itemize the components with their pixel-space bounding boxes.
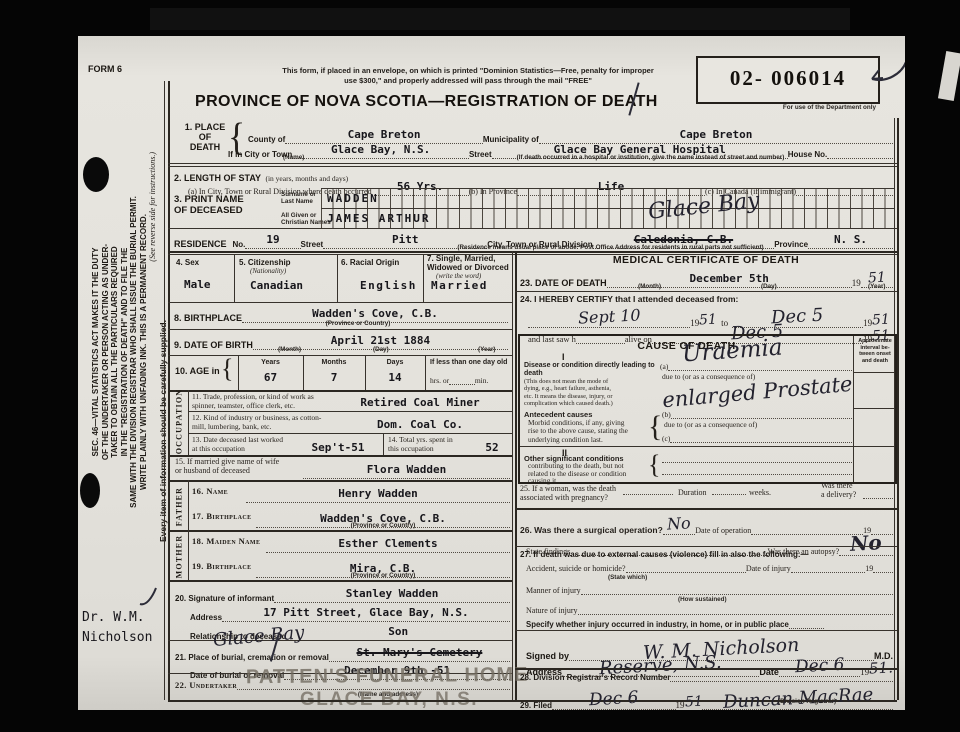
other-line1: [662, 462, 852, 463]
birthplace-value: Wadden's Cove, C.B.: [312, 307, 438, 320]
nature-label: Nature of injury: [526, 606, 578, 615]
dod-year-note: (Year): [868, 283, 886, 290]
accident-row: Accident, suicide or homicide? Date of i…: [526, 564, 893, 573]
occupation-industry-value: Dom. Coal Co.: [377, 418, 463, 431]
surname-sublabel: Surname or Last Name: [281, 191, 316, 205]
citizenship-note: (Nationality): [250, 267, 286, 275]
dob-day-note: (Day): [373, 346, 389, 353]
total-years-label: 14. Total yrs. spent in this occupation: [388, 436, 453, 453]
occupation-trade-label: 11. Trade, profession, or kind of work a…: [192, 393, 314, 410]
birthplace-note: (Province or Country): [258, 320, 458, 327]
spouse-label: 15. If married give name of wife or husb…: [175, 458, 279, 475]
cause-b-label: (b): [662, 410, 671, 419]
statute-line: OF THE UNDERTAKER OR PERSON ACTING AS UN…: [101, 92, 111, 612]
marital-label: 7. Single, Married, Widowed or Divorced: [427, 255, 509, 272]
form-number: FORM 6: [88, 64, 122, 74]
record-number-label: 28. Division Registrar's Record Number: [520, 673, 670, 682]
residence-no-label: No.: [233, 240, 246, 249]
informant-value: Stanley Wadden: [346, 587, 439, 600]
informant-label: 20. Signature of informant: [175, 594, 274, 603]
weeks-label: weeks.: [749, 488, 771, 497]
residence-no-value: 19: [266, 233, 279, 246]
cause-of-death-box: CAUSE OF DEATH Approximate interval be- …: [518, 334, 897, 484]
occupation-trade-value: Retired Coal Miner: [360, 396, 479, 409]
last-worked-label: 13. Date deceased last worked at this oc…: [192, 436, 283, 453]
every-item-note: Every item of information should be care…: [158, 92, 168, 612]
injury-year-pre: 19: [865, 564, 873, 573]
place-of-death-label: 1. PLACE OF DEATH: [175, 122, 235, 152]
age-hrs-row: hrs. or min.: [430, 376, 508, 385]
accident-label: Accident, suicide or homicide?: [526, 564, 626, 573]
how-sustained-note: (How sustained): [678, 596, 727, 603]
cause-b-row: (b): [662, 410, 852, 419]
cause-c-row: (c): [662, 434, 852, 443]
mail-instruction-note: This form, if placed in an envelope, on …: [228, 66, 708, 85]
cause-a-label: (a): [660, 362, 668, 371]
citizenship-value: Canadian: [250, 279, 303, 292]
antecedent-note: Morbid conditions, if any, giving rise t…: [528, 419, 660, 444]
specify-row: Specify whether injury occurred in indus…: [526, 620, 893, 629]
residence-street-label: Street: [301, 240, 324, 249]
age-years-label: Years: [238, 359, 303, 366]
dod-day-note: (Day): [761, 283, 777, 290]
other-brace: {: [648, 450, 660, 480]
dob-month-note: (Month): [278, 346, 301, 353]
age-days-label: Days: [365, 359, 425, 366]
manner-label: Manner of injury: [526, 586, 581, 595]
spouse-row: Flora Wadden: [303, 460, 510, 479]
mother-group-label: MOTHER: [175, 532, 184, 582]
date-of-birth-row: 9. DATE OF BIRTH April 21st 1884: [174, 331, 508, 350]
statute-line: TAKER TO OBTAIN ALL THE PARTICULARS REQU…: [110, 92, 120, 612]
birthplace-label: 8. BIRTHPLACE: [174, 313, 242, 323]
interval-column-note: Approximate interval be- tween onset and…: [855, 338, 895, 364]
occupation-group-label: OCCUPATION: [175, 387, 184, 457]
pregnancy-label: 25. If a woman, was the death associated…: [520, 484, 616, 502]
marital-value: Married: [431, 279, 488, 292]
dob-year-note: (Year): [478, 346, 496, 353]
informant-address-label: Address: [190, 613, 222, 622]
residence-note: (Residence means usual place of abode. P…: [328, 244, 893, 251]
age-brace: {: [221, 354, 233, 384]
surname-value: WADDEN: [327, 192, 379, 205]
undertaker-stamp-line1: PATTEN'S FUNERAL HOME: [246, 664, 529, 689]
date-of-death-row: 23. DATE OF DEATH December 5th 19 51: [520, 269, 893, 288]
filed-year-pre: 19: [676, 700, 685, 710]
age-days-value: 14: [365, 371, 425, 384]
undertaker-label: 22. Undertaker: [175, 680, 237, 690]
print-name-label: 3. PRINT NAME OF DECEASED: [174, 194, 244, 216]
citizenship-label: 5. Citizenship: [239, 258, 291, 267]
page-title: PROVINCE OF NOVA SCOTIA—REGISTRATION OF …: [195, 93, 658, 111]
date-of-death-label: 23. DATE OF DEATH: [520, 278, 607, 288]
filed-row: 29. Filed Dec 6 19 51 Duncan MacRae: [520, 688, 893, 710]
nature-row: Nature of injury: [526, 606, 893, 615]
serial-number-box: 02- 006014: [696, 56, 880, 104]
mother-maiden-value: Esther Clements: [338, 537, 437, 550]
statute-line: SAME WITH THE DIVISION REGISTRAR WHO SHA…: [129, 92, 139, 612]
total-years-value: 52: [485, 441, 498, 454]
father-birthplace-label: 17. Birthplace: [192, 511, 251, 521]
occupation-industry-row: Dom. Coal Co.: [330, 415, 510, 434]
father-name-value: Henry Wadden: [338, 487, 417, 500]
external-causes-label: 27. If death was due to external causes …: [520, 550, 809, 559]
manner-row: Manner of injury: [526, 586, 893, 595]
father-group-label: FATHER: [175, 482, 184, 532]
pen-arrow: [866, 56, 905, 90]
age-hrs-label: hrs. or: [430, 376, 449, 385]
mother-maiden-row: Esther Clements: [266, 534, 510, 553]
age-months-label: Months: [303, 359, 365, 366]
residence-label: RESIDENCE: [174, 239, 227, 249]
certify-label: 24. I HEREBY CERTIFY that I attended dec…: [520, 294, 738, 304]
sex-label: 4. Sex: [176, 258, 199, 267]
disease-label: Disease or condition directly leading to…: [524, 362, 656, 378]
duration-label: Duration: [678, 488, 706, 497]
pen-checkmark: [136, 584, 162, 610]
last-worked-value: Sep't-51: [312, 441, 365, 454]
informant-relationship-value: Son: [388, 625, 408, 638]
certificate-page: FORM 6 SEC. 46—VITAL STATISTICS ACT MAKE…: [78, 36, 905, 710]
father-name-row: Henry Wadden: [246, 484, 510, 503]
scanned-death-certificate: FORM 6 SEC. 46—VITAL STATISTICS ACT MAKE…: [0, 0, 960, 732]
margin-statute-text: SEC. 46—VITAL STATISTICS ACT MAKES IT TH…: [91, 92, 167, 612]
cause-due2-label: due to (or as a consequence of): [664, 420, 757, 429]
scan-top-shadow: [150, 8, 850, 30]
racial-origin-label: 6. Racial Origin: [341, 258, 399, 267]
other-line2: [662, 474, 852, 475]
father-birthplace-note: (Province or Country): [308, 522, 458, 529]
racial-origin-value: English: [360, 279, 417, 292]
mother-birthplace-label: 19. Birthplace: [192, 561, 251, 571]
burial-place-value: St. Mary's Cemetery: [357, 646, 483, 659]
surname-grid: [321, 188, 894, 209]
informant-row: 20. Signature of informant Stanley Wadde…: [175, 584, 510, 603]
name-note: (Name): [283, 154, 304, 161]
statute-line: SEC. 46—VITAL STATISTICS ACT MAKES IT TH…: [91, 92, 101, 612]
occupation-industry-label: 12. Kind of industry or business, as cot…: [192, 414, 321, 431]
mother-maiden-label: 18. Maiden Name: [192, 536, 260, 546]
informant-address-row: Address 17 Pitt Street, Glace Bay, N.S.: [190, 603, 510, 622]
hospital-note: (If death occurred in a hospital or inst…: [408, 154, 893, 161]
serial-number: 02- 006014: [698, 66, 878, 91]
age-less-note: If less than one day old: [430, 359, 510, 366]
mother-birthplace-note: (Province or Country): [308, 572, 458, 579]
cause-c-label: (c): [662, 434, 670, 443]
medical-certificate-title: MEDICAL CERTIFICATE OF DEATH: [515, 254, 897, 266]
antecedent-brace: {: [648, 410, 662, 444]
filed-date-hand: Dec 6: [589, 688, 639, 710]
filed-year-hand: 51: [684, 694, 703, 710]
age-years-value: 67: [238, 371, 303, 384]
sex-value: Male: [184, 278, 211, 291]
autopsy-hand: No: [850, 530, 883, 556]
age-months-value: 7: [303, 371, 365, 384]
department-only-note: For use of the Department only: [696, 104, 876, 111]
given-names-value: JAMES ARTHUR: [327, 212, 430, 225]
see-reverse-note: (See reverse side for instructions.): [148, 92, 158, 612]
statute-line: IN THE "REGISTRATION OF DEATH" AND TO FI…: [120, 92, 130, 612]
division-registrar-note: (Division Registrar): [778, 698, 836, 705]
spouse-value: Flora Wadden: [367, 463, 446, 476]
cause-part1-numeral: I: [562, 352, 565, 362]
date-injury-label: Date of injury: [746, 564, 791, 573]
record-number-row: 28. Division Registrar's Record Number: [520, 673, 893, 682]
cause-due1-label: due to (or as a consequence of): [662, 372, 755, 381]
father-name-label: 16. Name: [192, 486, 228, 496]
other-conditions-note: contributing to the death, but not relat…: [528, 462, 660, 485]
doctor-margin-note: Dr. W.M. Nicholson: [82, 608, 152, 648]
statute-line: WRITE PLAINLY WITH UNFADING INK. THIS IS…: [139, 92, 149, 612]
filed-label: 29. Filed: [520, 701, 552, 710]
delivery-label: Was there a delivery?: [821, 482, 856, 499]
disease-note: (This does not mean the mode of dying, e…: [524, 378, 662, 407]
dod-month-note: (Month): [638, 283, 661, 290]
date-of-death-year-pre: 19: [852, 278, 861, 288]
age-min-label: min.: [475, 376, 489, 385]
scan-edge-paper-sliver: [938, 51, 960, 101]
date-of-death-value: December 5th: [689, 272, 768, 285]
informant-address-value: 17 Pitt Street, Glace Bay, N.S.: [263, 606, 468, 619]
date-of-birth-label: 9. DATE OF BIRTH: [174, 340, 253, 350]
specify-label: Specify whether injury occurred in indus…: [526, 620, 789, 629]
occupation-trade-row: Retired Coal Miner: [330, 393, 510, 412]
age-label: 10. AGE in: [175, 366, 220, 376]
state-which-note: (State which): [608, 574, 647, 581]
